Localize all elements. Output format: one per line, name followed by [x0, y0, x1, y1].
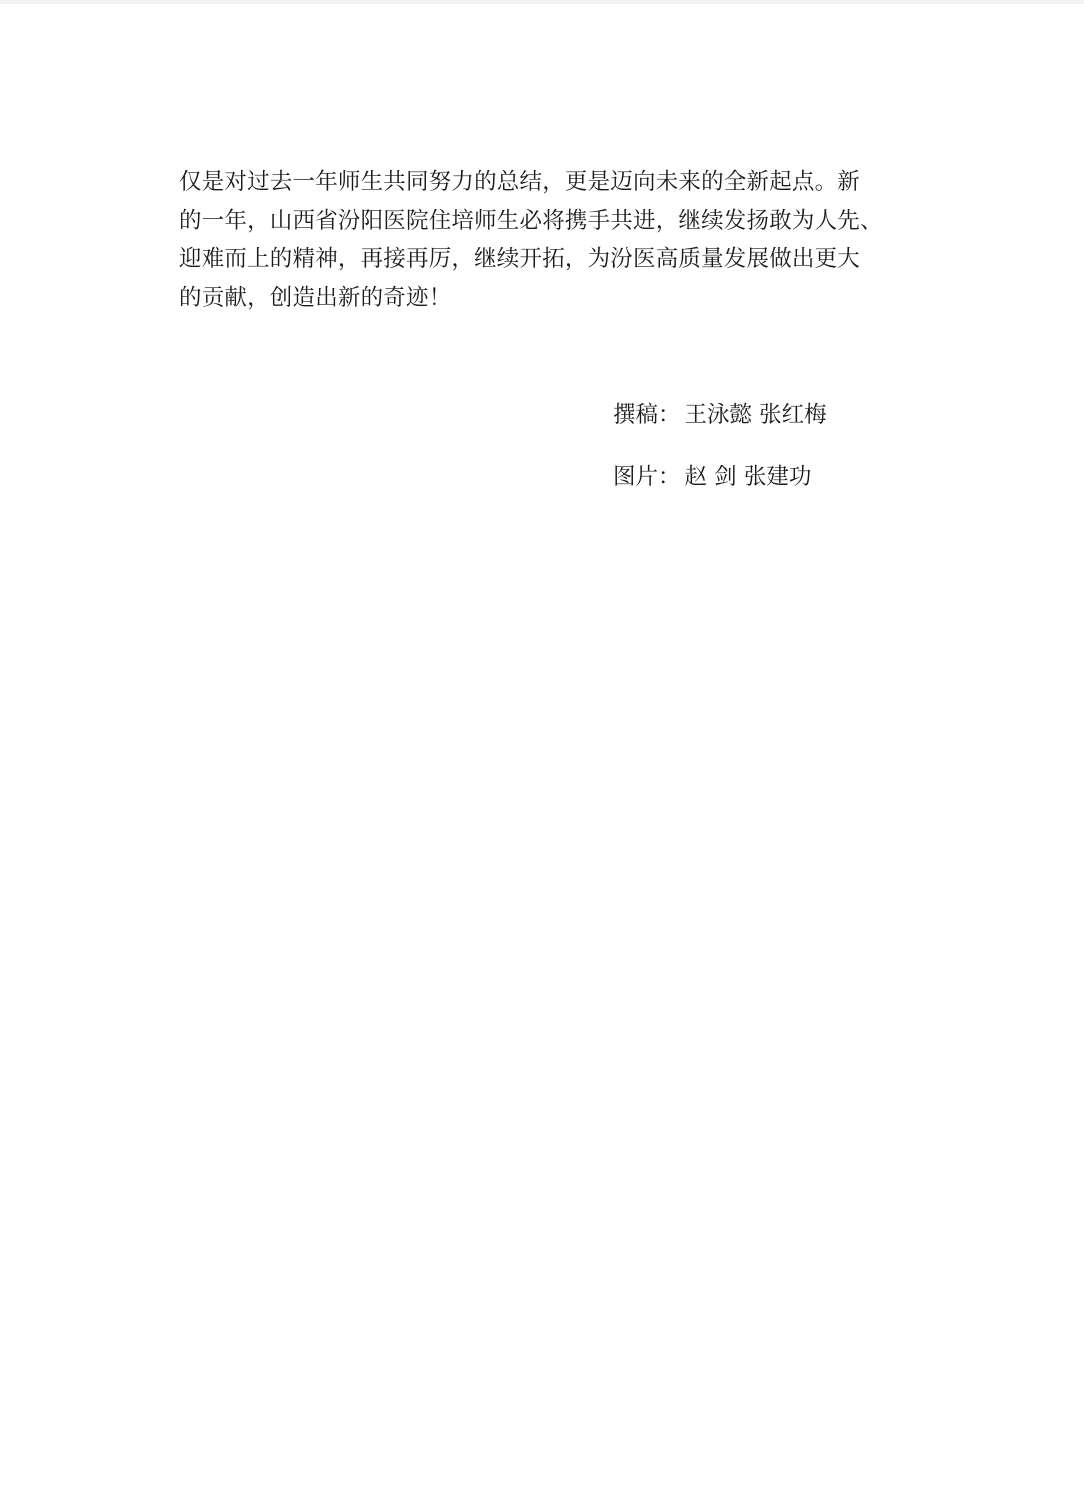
top-edge-strip: [0, 0, 1084, 4]
writer-credit-names: 王泳懿 张红梅: [685, 402, 827, 428]
photo-credit-names: 赵 剑 张建功: [685, 464, 812, 490]
photo-credit: 图片：赵 剑 张建功: [613, 459, 827, 495]
writer-credit: 撰稿：王泳懿 张红梅: [613, 397, 827, 433]
writer-credit-label: 撰稿：: [613, 402, 681, 428]
paragraph-line: 的一年，山西省汾阳医院住培师生必将携手共进，继续发扬敢为人先、: [179, 202, 909, 241]
paragraph-line: 的贡献，创造出新的奇迹！: [179, 279, 909, 318]
photo-credit-label: 图片：: [613, 464, 681, 490]
credits-block: 撰稿：王泳懿 张红梅 图片：赵 剑 张建功: [613, 397, 827, 495]
article-body: 仅是对过去一年师生共同努力的总结，更是迈向未来的全新起点。新 的一年，山西省汾阳…: [179, 163, 909, 317]
paragraph-line: 仅是对过去一年师生共同努力的总结，更是迈向未来的全新起点。新: [179, 163, 909, 202]
paragraph-line: 迎难而上的精神，再接再厉，继续开拓，为汾医高质量发展做出更大: [179, 240, 909, 279]
